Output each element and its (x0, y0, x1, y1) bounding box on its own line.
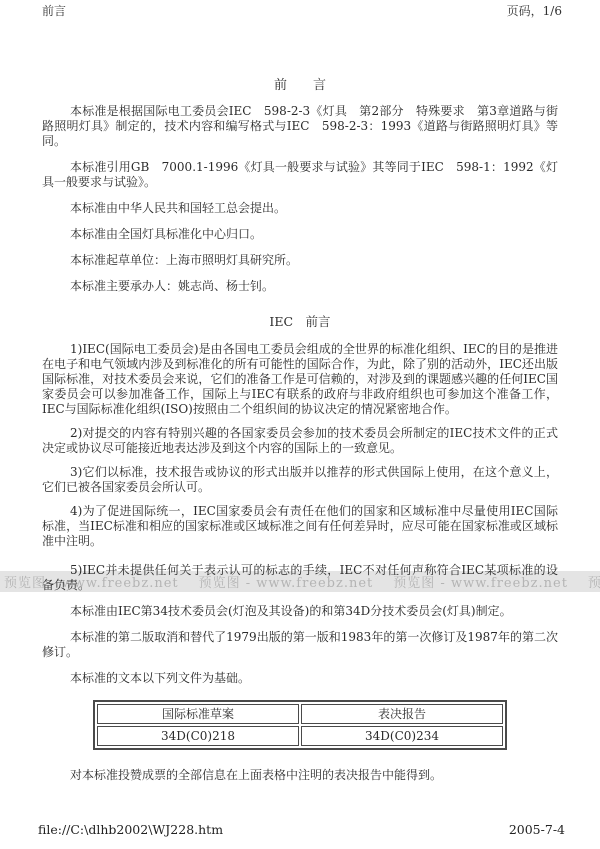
table-cell-report-value: 34D(C0)234 (301, 726, 503, 746)
table-cell-draft-value: 34D(C0)218 (97, 726, 299, 746)
header-page-number: 页码，1/6 (507, 4, 562, 18)
document-body: 前 言 本标准是根据国际电工委员会IEC 598-2-3《灯具 第2部分 特殊要… (42, 70, 558, 794)
table-header-cell-report: 表决报告 (301, 704, 503, 724)
paragraph: 本标准由中华人民共和国轻工总会提出。 (42, 201, 558, 216)
paragraph: 本标准由IEC第34技术委员会(灯泡及其设备)的和第34D分技术委员会(灯具)制… (42, 604, 558, 619)
paragraph: 本标准引用GB 7000.1-1996《灯具一般要求与试验》其等同于IEC 59… (42, 160, 558, 190)
footer-date: 2005-7-4 (509, 822, 565, 837)
table-row: 34D(C0)218 34D(C0)234 (97, 726, 503, 746)
basis-documents-table: 国际标准草案 表决报告 34D(C0)218 34D(C0)234 (93, 700, 507, 750)
page-header: 前言 页码，1/6 (42, 4, 562, 18)
header-section-label: 前言 (42, 4, 66, 18)
paragraph: 本标准的文本以下列文件为基础。 (42, 671, 558, 686)
paragraph: 2)对提交的内容有特别兴趣的各国家委员会参加的技术委员会所制定的IEC技术文件的… (42, 426, 558, 456)
paragraph: 本标准的第二版取消和替代了1979出版的第一版和1983年的第一次修订及1987… (42, 630, 558, 660)
document-title: 前 言 (42, 78, 558, 93)
paragraph: 本标准由全国灯具标准化中心归口。 (42, 227, 558, 242)
paragraph: 1)IEC(国际电工委员会)是由各国电工委员会组成的全世界的标准化组织、IEC的… (42, 342, 558, 417)
iec-foreword-heading: IEC 前言 (42, 314, 558, 329)
table-header-cell-draft: 国际标准草案 (97, 704, 299, 724)
paragraph: 本标准主要承办人：姚志尚、杨士钊。 (42, 279, 558, 294)
paragraph: 本标准是根据国际电工委员会IEC 598-2-3《灯具 第2部分 特殊要求 第3… (42, 104, 558, 149)
footer-file-url: file://C:\dlhb2002\WJ228.htm (38, 822, 223, 837)
paragraph: 本标准起草单位：上海市照明灯具研究所。 (42, 253, 558, 268)
paragraph: 4)为了促进国际统一，IEC国家委员会有责任在他们的国家和区域标准中尽量使用IE… (42, 504, 558, 549)
paragraph: 对本标准投赞成票的全部信息在上面表格中注明的表决报告中能得到。 (42, 768, 558, 783)
paragraph: 5)IEC并未提供任何关于表示认可的标志的手续，IEC不对任何声称符合IEC某项… (42, 563, 558, 593)
watermark-text: 预览图 - www.freebz.net (588, 572, 600, 591)
paragraph: 3)它们以标准，技术报告或协议的形式出版并以推荐的形式供国际上使用，在这个意义上… (42, 465, 558, 495)
table-header-row: 国际标准草案 表决报告 (97, 704, 503, 724)
page-footer: file://C:\dlhb2002\WJ228.htm 2005-7-4 (38, 822, 565, 837)
